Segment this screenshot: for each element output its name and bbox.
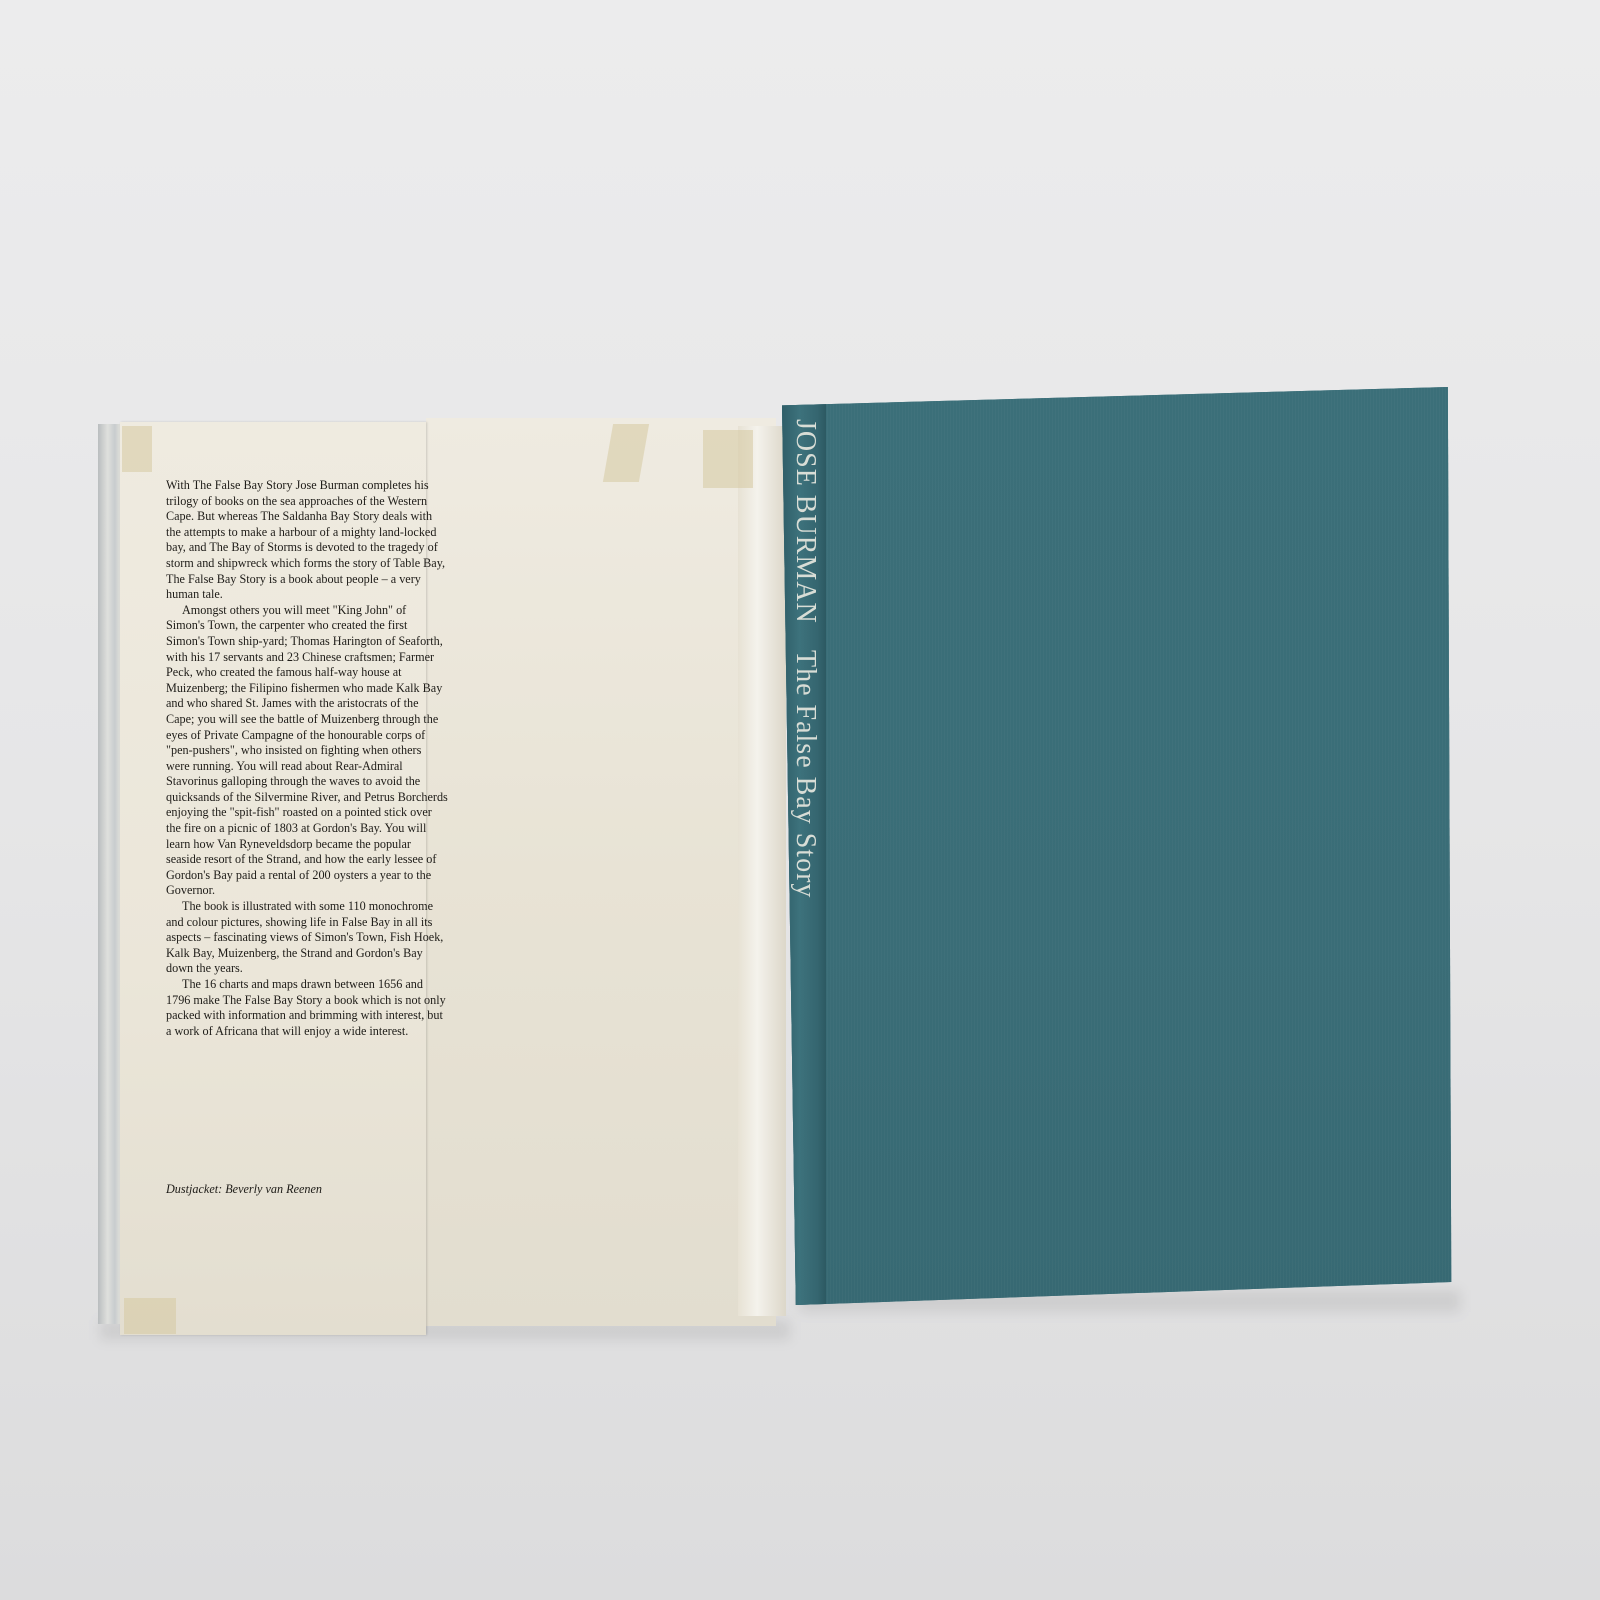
jacket-blurb: With The False Bay Story Jose Burman com… xyxy=(166,478,448,1039)
jacket-credit: Dustjacket: Beverly van Reenen xyxy=(166,1182,448,1198)
blurb-paragraph: With The False Bay Story Jose Burman com… xyxy=(166,478,448,603)
spine-text: JOSE BURMAN The False Bay Story xyxy=(789,419,821,898)
spine-author: JOSE BURMAN xyxy=(790,419,821,624)
blurb-paragraph: The book is illustrated with some 110 mo… xyxy=(166,899,448,977)
jacket-spine-fold xyxy=(738,426,786,1316)
blurb-paragraph: Amongst others you will meet "King John"… xyxy=(166,603,448,899)
dust-jacket: With The False Bay Story Jose Burman com… xyxy=(98,418,788,1336)
tape-piece xyxy=(703,430,753,488)
jacket-front-fold-edge xyxy=(98,424,122,1324)
book-spine: JOSE BURMAN The False Bay Story xyxy=(782,387,826,1305)
tape-piece xyxy=(122,426,152,472)
tape-piece xyxy=(124,1298,176,1334)
jacket-back-panel xyxy=(426,418,776,1326)
spine-title: The False Bay Story xyxy=(789,650,821,898)
book-cloth-cover xyxy=(782,387,1472,1305)
blurb-paragraph: The 16 charts and maps drawn between 165… xyxy=(166,977,448,1039)
hardcover-book: JOSE BURMAN The False Bay Story xyxy=(782,387,1472,1305)
jacket-front-flap: With The False Bay Story Jose Burman com… xyxy=(120,422,426,1335)
